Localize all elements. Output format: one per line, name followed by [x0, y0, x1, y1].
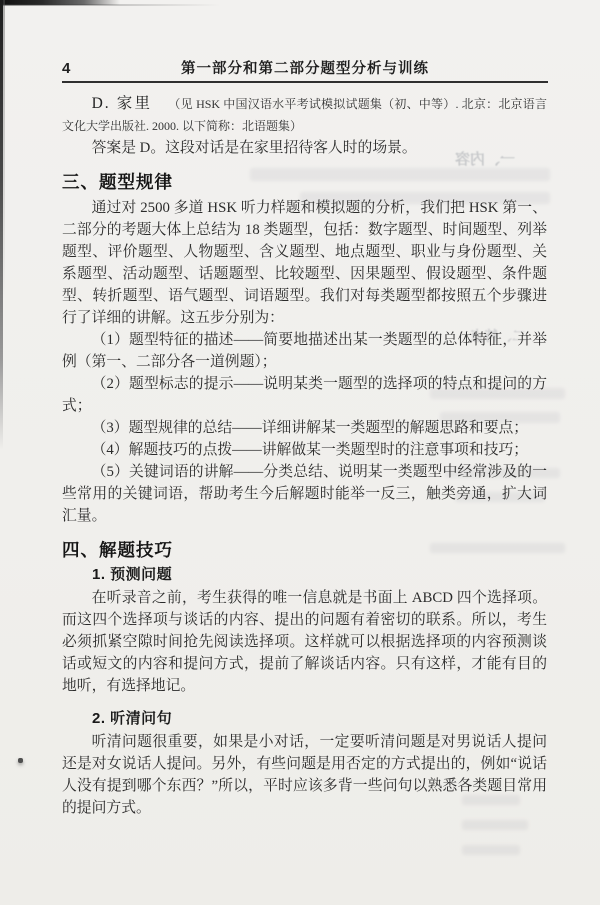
listen-clearly-body: 听清问题很重要，如果是小对话，一定要听清问题是对男说话人提问还是对女说话人提问。… [62, 731, 547, 819]
scan-edge-left-fade [3, 0, 5, 300]
answer-explanation: 答案是 D。这段对话是在家里招待客人时的场景。 [62, 137, 547, 159]
show-through-smudge [462, 820, 528, 830]
step-5: （5）关键词语的讲解——分类总结、说明某一类题型中经常涉及的一些常用的关键词语，… [62, 461, 547, 527]
section-heading-solving-skills: 四、解题技巧 [62, 539, 547, 561]
subsection-listen-clearly: 2. 听清问句 [62, 709, 547, 729]
page-content: D. 家里（见 HSK 中国汉语水平考试模拟试题集（初、中等）. 北京：北京语言… [62, 93, 547, 819]
predict-questions-body: 在听录音之前，考生获得的唯一信息就是书面上 ABCD 四个选择项。而这四个选择项… [62, 587, 547, 697]
step-1: （1）题型特征的描述——简要地描述出某一类题型的总体特征，并举例（第一、二部分各… [62, 329, 547, 373]
subsection-predict-questions: 1. 预测问题 [62, 565, 547, 585]
step-3: （3）题型规律的总结——详细讲解某一类题型的解题思路和要点； [62, 417, 547, 439]
running-title: 第一部分和第二部分题型分析与训练 [62, 57, 548, 78]
scanned-book-page: 一、内容 二、特点 4 第一部分和第二部分题型分析与训练 D. 家里（见 HSK… [0, 0, 600, 905]
option-d-label: D. 家里 [92, 95, 153, 112]
section-heading-question-patterns: 三、题型规律 [62, 171, 547, 193]
section-three-intro: 通过对 2500 多道 HSK 听力样题和模拟题的分析，我们把 HSK 第一、二… [62, 197, 547, 329]
step-4: （4）解题技巧的点拨——讲解做某一类题型时的注意事项和技巧； [62, 439, 547, 461]
show-through-smudge [462, 845, 520, 855]
ink-speck [18, 758, 23, 763]
page-number: 4 [62, 60, 70, 77]
scan-edge-top-fade [0, 4, 220, 6]
page-header: 4 第一部分和第二部分题型分析与训练 [62, 57, 548, 83]
answer-option-line: D. 家里（见 HSK 中国汉语水平考试模拟试题集（初、中等）. 北京：北京语言… [62, 93, 547, 137]
step-2: （2）题型标志的提示——说明某类一题型的选择项的特点和提问的方式； [62, 373, 547, 417]
